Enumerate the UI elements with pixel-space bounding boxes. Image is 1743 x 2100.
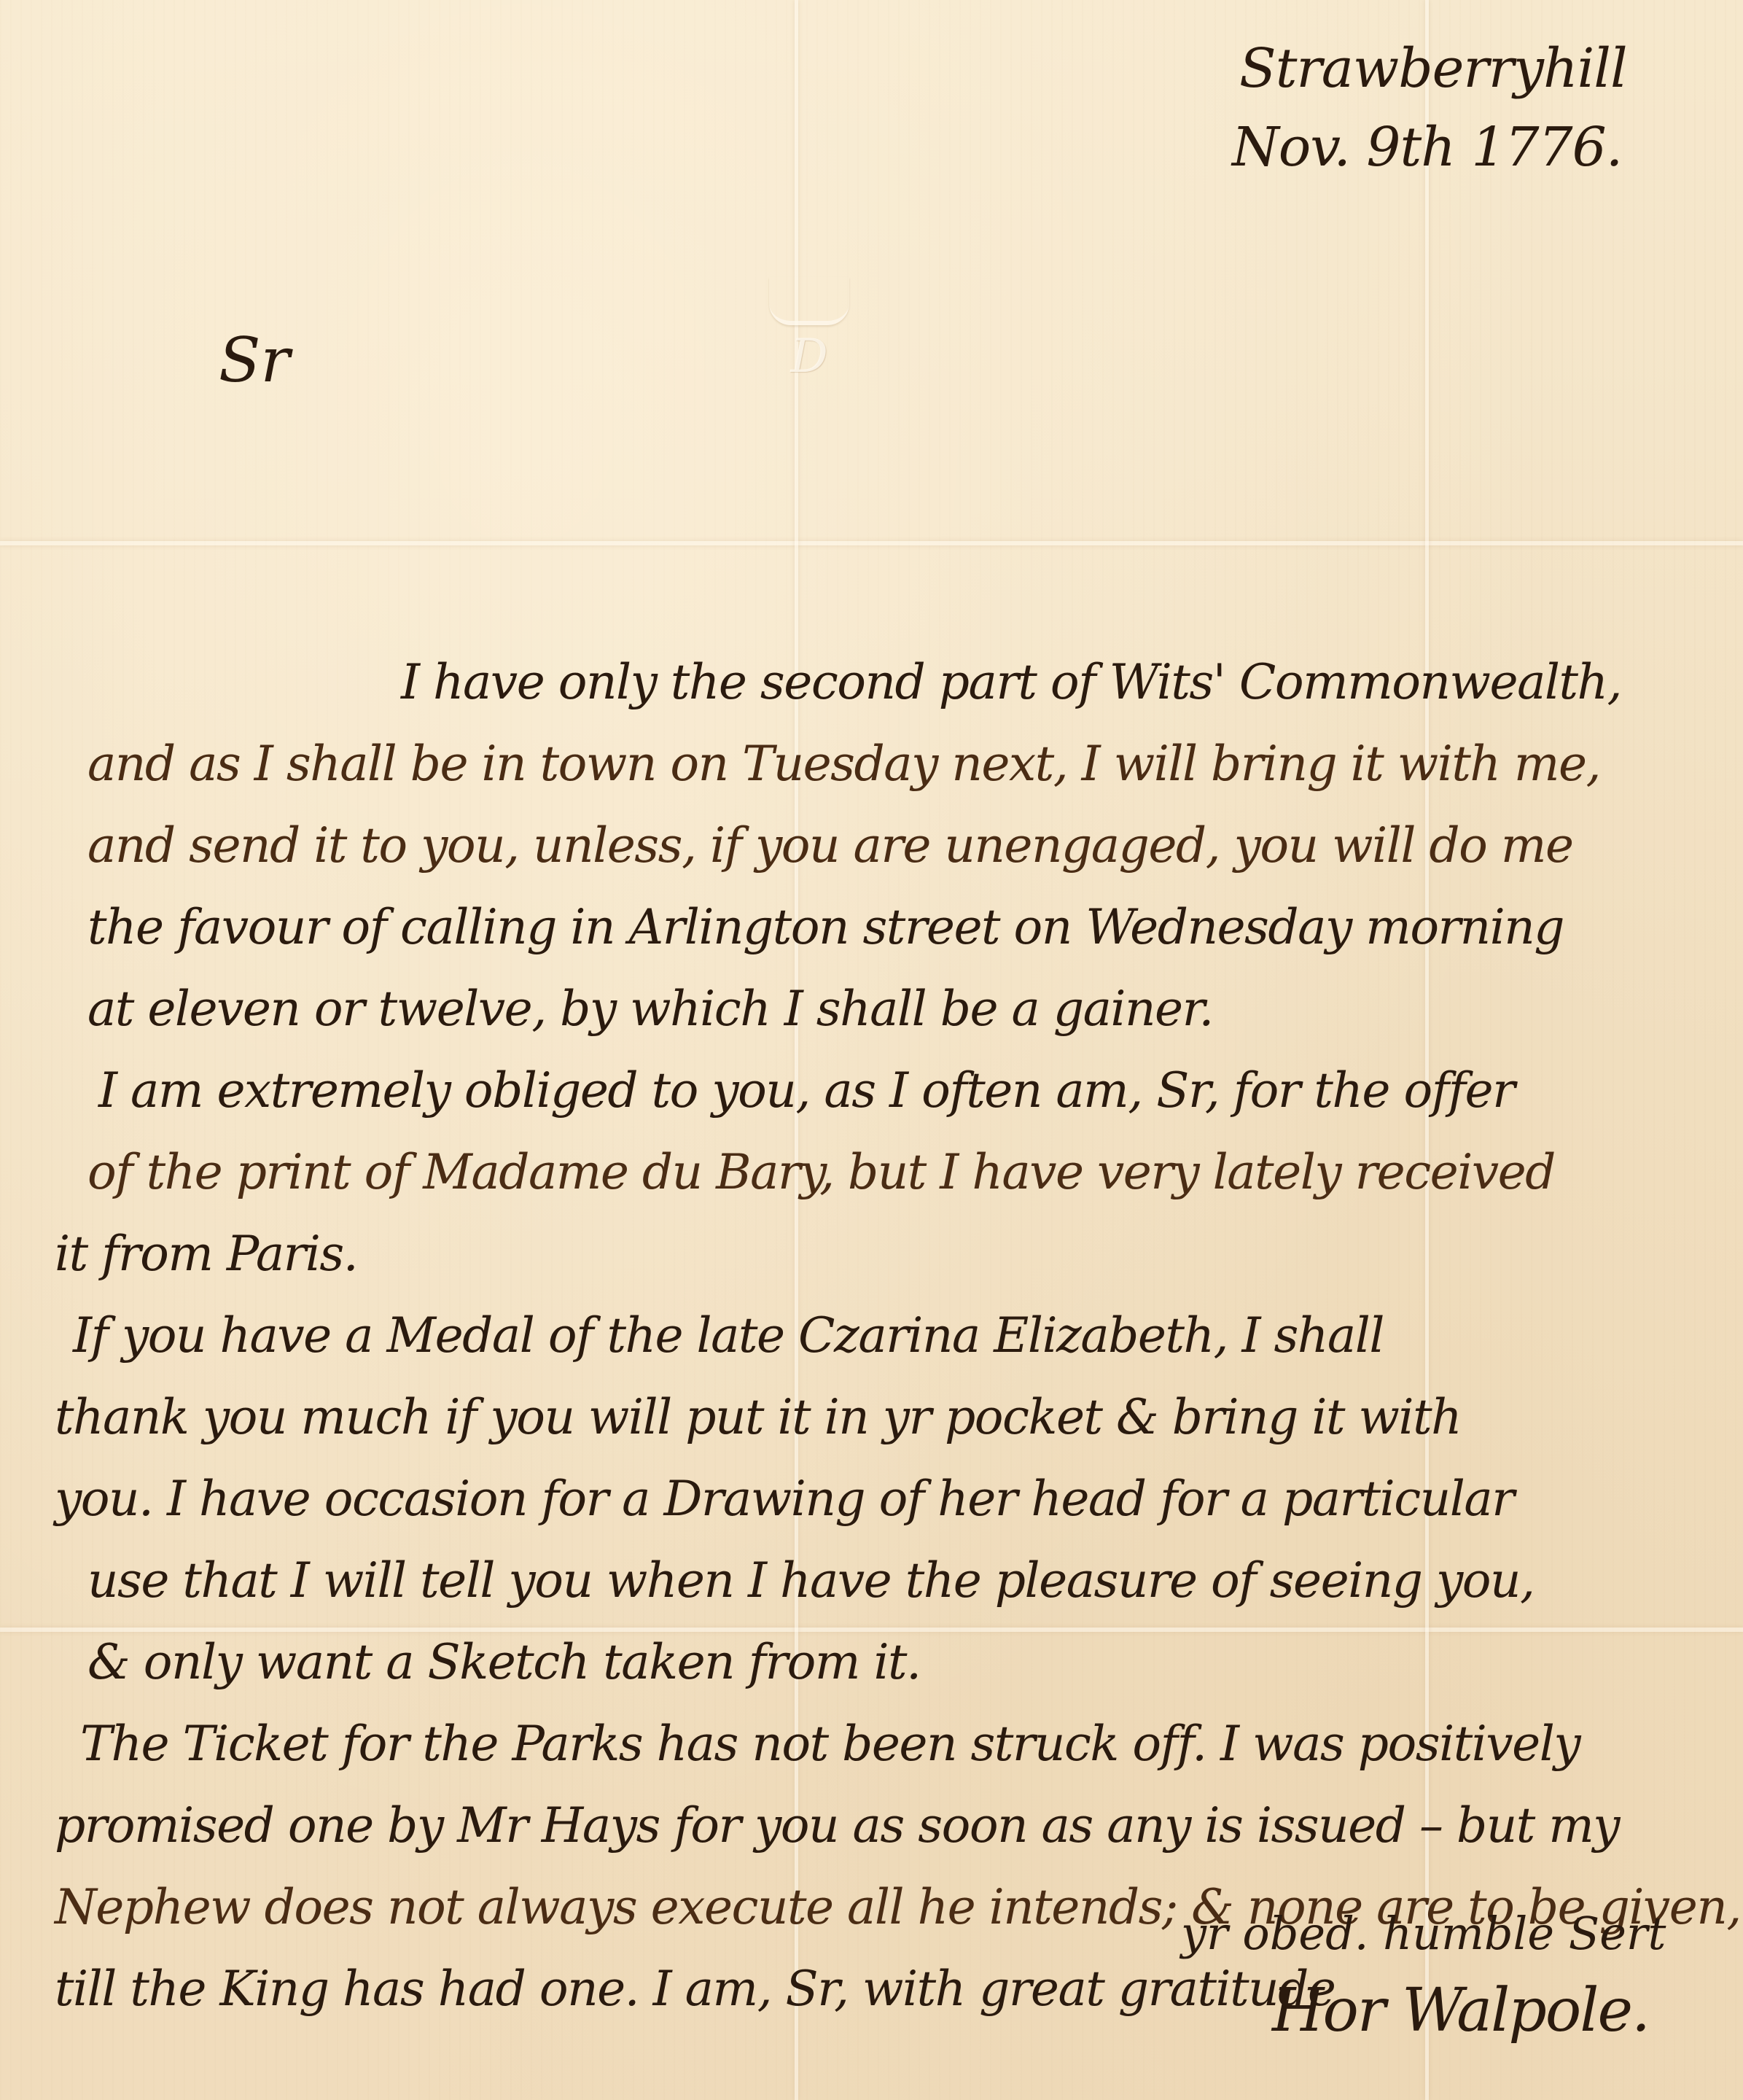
body-line: I am extremely obliged to you, as I ofte… — [29, 1050, 1720, 1132]
salutation: Sr — [219, 324, 290, 396]
body-line: thank you much if you will put it in yr … — [29, 1377, 1720, 1458]
place-name: Strawberryhill — [1239, 29, 1627, 108]
letter-body: I have only the second part of Wits' Com… — [29, 642, 1720, 2030]
letter-heading: Strawberryhill Nov. 9th 1776. — [1239, 29, 1627, 187]
body-line: it from Paris. — [29, 1213, 1720, 1295]
watermark-monogram: D — [758, 330, 860, 384]
body-line: use that I will tell you when I have the… — [29, 1540, 1720, 1622]
embossed-crest-watermark: D — [758, 262, 860, 408]
body-line: I have only the second part of Wits' Com… — [29, 642, 1720, 723]
body-line: you. I have occasion for a Drawing of he… — [29, 1458, 1720, 1540]
body-line: & only want a Sketch taken from it. — [29, 1622, 1720, 1703]
body-line: If you have a Medal of the late Czarina … — [29, 1295, 1720, 1377]
body-line: at eleven or twelve, by which I shall be… — [29, 968, 1720, 1050]
body-line: the favour of calling in Arlington stree… — [29, 887, 1720, 968]
body-line: of the print of Madame du Bary, but I ha… — [29, 1132, 1720, 1213]
body-line: promised one by Mr Hays for you as soon … — [29, 1785, 1720, 1867]
letter-date: Nov. 9th 1776. — [1232, 108, 1627, 187]
signature: Hor Walpole. — [1272, 1976, 1649, 2045]
body-line: The Ticket for the Parks has not been st… — [29, 1703, 1720, 1785]
fold-line-horizontal-upper — [0, 541, 1743, 545]
closing-phrase: yr obed. humble Sert — [1181, 1907, 1666, 1960]
crest-icon — [769, 277, 849, 325]
body-line: and as I shall be in town on Tuesday nex… — [29, 723, 1720, 805]
body-line: and send it to you, unless, if you are u… — [29, 805, 1720, 887]
letter-sheet: D Strawberryhill Nov. 9th 1776. Sr I hav… — [0, 0, 1743, 2100]
